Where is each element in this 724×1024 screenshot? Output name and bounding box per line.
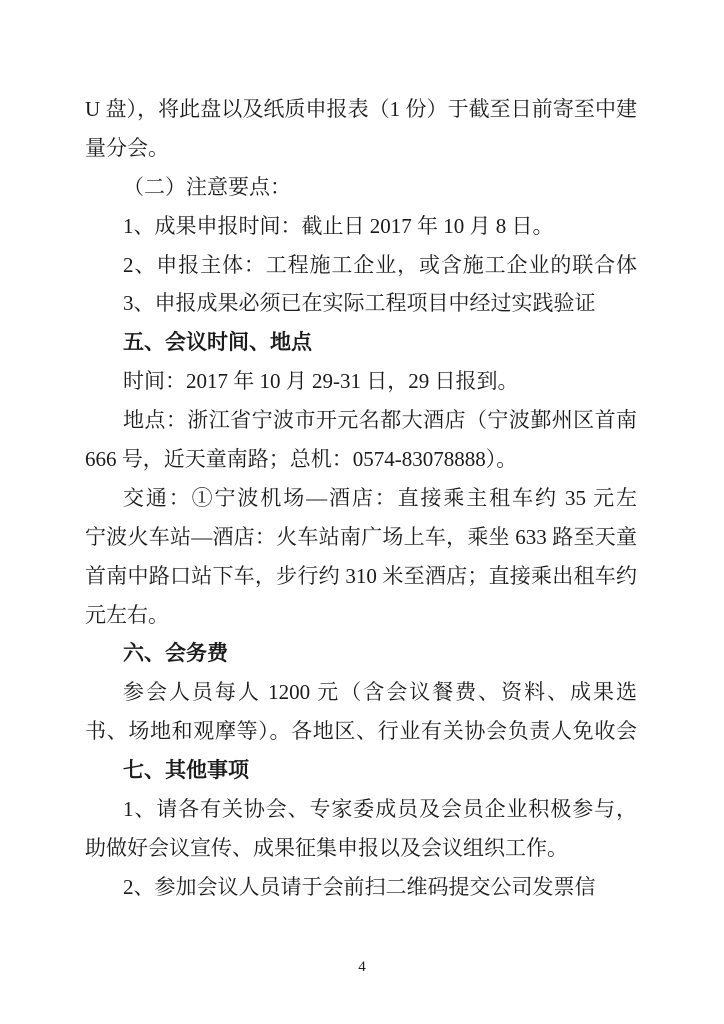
paragraph-line: 交通：①宁波机场—酒店：直接乘主租车约 35 元左右。② <box>85 479 637 518</box>
paragraph-line: 量分会。 <box>85 129 637 168</box>
paragraph-line: 666 号，近天童南路；总机：0574-83078888）。 <box>85 440 637 479</box>
paragraph-line: 时间：2017 年 10 月 29-31 日，29 日报到。 <box>85 362 637 401</box>
document-page: U 盘），将此盘以及纸质申报表（1 份）于截至日前寄至中建协质 量分会。 （二）… <box>0 0 724 1024</box>
paragraph-line: 宁波火车站—酒店：火车站南广场上车，乘坐 633 路至天童南路 <box>85 518 637 557</box>
section-heading: 七、其他事项 <box>85 751 637 790</box>
paragraph-line: U 盘），将此盘以及纸质申报表（1 份）于截至日前寄至中建协质 <box>85 90 637 129</box>
paragraph-line: 地点：浙江省宁波市开元名都大酒店（宁波鄞州区首南中路 <box>85 401 637 440</box>
list-item-line: 1、请各有关协会、专家委成员及会员企业积极参与，并协 <box>85 790 637 829</box>
paragraph-line: （二）注意要点： <box>85 168 637 207</box>
paragraph-line: 参会人员每人 1200 元（含会议餐费、资料、成果选编、证 <box>85 673 637 712</box>
page-number: 4 <box>0 959 724 976</box>
section-heading: 五、会议时间、地点 <box>85 323 637 362</box>
list-item-line: 2、参加会议人员请于会前扫二维码提交公司发票信息。 <box>85 868 637 907</box>
document-body: U 盘），将此盘以及纸质申报表（1 份）于截至日前寄至中建协质 量分会。 （二）… <box>85 90 637 907</box>
list-item-line: 2、申报主体：工程施工企业，或含施工企业的联合体申报。 <box>85 246 637 285</box>
section-heading: 六、会务费 <box>85 634 637 673</box>
list-item-line: 3、申报成果必须已在实际工程项目中经过实践验证的。 <box>85 284 637 323</box>
paragraph-line: 书、场地和观摩等）。各地区、行业有关协会负责人免收会务费。 <box>85 712 637 751</box>
paragraph-line: 助做好会议宣传、成果征集申报以及会议组织工作。 <box>85 829 637 868</box>
paragraph-line: 首南中路口站下车，步行约 310 米至酒店；直接乘出租车约 25 <box>85 557 637 596</box>
list-item-line: 1、成果申报时间：截止日 2017 年 10 月 8 日。 <box>85 207 637 246</box>
paragraph-line: 元左右。 <box>85 596 637 635</box>
